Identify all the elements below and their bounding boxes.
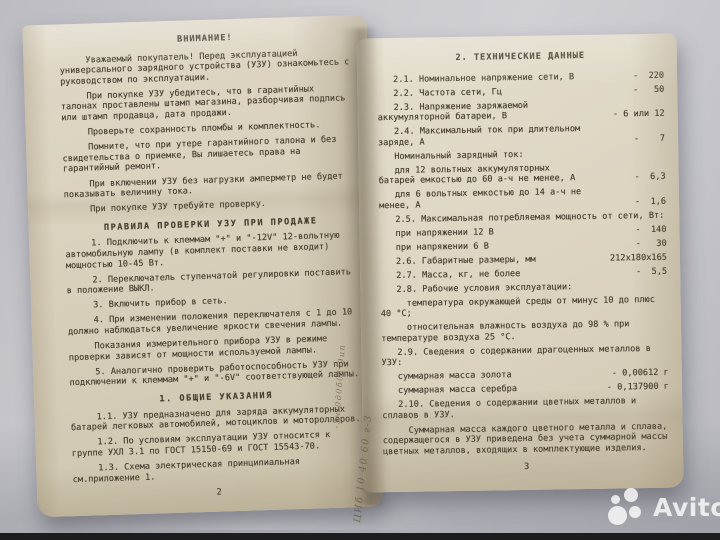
spec-label: для 12 вольтных аккумуляторных батарей е… bbox=[378, 162, 585, 186]
spec-value: - 7 bbox=[585, 133, 665, 145]
spec-label: при напряжении 6 В bbox=[380, 239, 587, 253]
document-photo: ВНИМАНИЕ! Уважаемый покупатель! Перед эк… bbox=[0, 0, 720, 540]
technical-data-heading: 2. ТЕХНИЧЕСКИЕ ДАННЫЕ bbox=[377, 50, 664, 65]
right-page-content: 2. ТЕХНИЧЕСКИЕ ДАННЫЕ 2.1. Номинальное н… bbox=[377, 50, 671, 475]
left-page-content: ВНИМАНИЕ! Уважаемый покупатель! Перед эк… bbox=[59, 27, 366, 503]
spec-subheading: 2.9. Сведения о содержании драгоценных м… bbox=[381, 343, 668, 369]
spec-label: 2.2. Частота сети, Гц bbox=[377, 85, 584, 99]
paragraph: Помните, что при утере гарантийного тало… bbox=[62, 134, 355, 175]
page-number-left: 2 bbox=[73, 483, 365, 503]
spec-value: - 6,3 bbox=[586, 172, 666, 184]
attention-heading: ВНИМАНИЕ! bbox=[59, 29, 351, 49]
spec-row: 2.6. Габаритные размеры, мм212x180x165 bbox=[380, 252, 667, 267]
spec-value: - 0,00612 г bbox=[589, 368, 669, 380]
spec-row: суммарная масса золота- 0,00612 г bbox=[382, 368, 669, 383]
footer-paragraph: Суммарная масса каждого цветного металла… bbox=[383, 421, 670, 457]
spec-label: суммарная масса золота bbox=[382, 369, 589, 383]
spec-subheading: 2.5. Максимальная потребляемая мощность … bbox=[379, 210, 666, 225]
spec-value: - 5,5 bbox=[587, 266, 667, 278]
spec-subheading: 2.10. Сведения о содержании цветных мета… bbox=[382, 396, 669, 422]
spec-value: - 220 bbox=[584, 70, 664, 82]
manual-left-page: ВНИМАНИЕ! Уважаемый покупатель! Перед эк… bbox=[22, 15, 381, 518]
spec-subheading: 2.8. Рабочие условия эксплуатации: bbox=[380, 280, 667, 295]
avito-logo-icon bbox=[608, 487, 646, 527]
spec-condition: температура окружающей среды от минус 10… bbox=[381, 294, 668, 320]
paragraph: Показания измерительного прибора УЗУ в р… bbox=[68, 333, 361, 363]
paragraph: 2. Переключатель ступенчатой регулировки… bbox=[66, 267, 359, 297]
spec-row: 2.7. Масса, кг, не более- 5,5 bbox=[380, 266, 667, 281]
spec-label: 2.4. Максимальный ток при длительном зар… bbox=[378, 124, 585, 148]
spec-row: суммарная масса серебра- 0,137900 г bbox=[382, 382, 669, 397]
spec-value: - 30 bbox=[587, 238, 667, 250]
page-number-right: 3 bbox=[383, 460, 670, 475]
paragraph: 1.2. По условиям эксплуатации УЗУ относи… bbox=[71, 429, 364, 459]
spec-label: при напряжении 12 В bbox=[379, 225, 586, 239]
spec-row: 2.2. Частота сети, Гц- 50 bbox=[377, 84, 664, 99]
spec-value: - 140 bbox=[586, 224, 666, 236]
spec-label: 2.7. Масса, кг, не более bbox=[380, 267, 587, 281]
paragraph: Уважаемый покупатель! Перед эксплуатацие… bbox=[59, 47, 352, 88]
spec-label: для 6 вольтных емкостью до 14 а-ч не мен… bbox=[379, 187, 586, 211]
avito-watermark-text: Avito bbox=[653, 493, 720, 522]
spec-condition: относительная влажность воздуха до 98 % … bbox=[381, 319, 668, 345]
paragraph: 5. Аналогично проверить работоспособност… bbox=[69, 359, 362, 389]
photo-bottom-edge bbox=[0, 533, 720, 540]
spec-row: при напряжении 12 В- 140 bbox=[379, 224, 666, 239]
spec-row: 2.1. Номинальное напряжение сети, В- 220 bbox=[377, 70, 664, 85]
spec-label: суммарная масса серебра bbox=[382, 383, 589, 397]
spec-value: 212x180x165 bbox=[587, 252, 667, 264]
spec-label: 2.6. Габаритные размеры, мм bbox=[380, 253, 587, 267]
manual-right-page: 2. ТЕХНИЧЕСКИЕ ДАННЫЕ 2.1. Номинальное н… bbox=[356, 34, 683, 493]
spec-row: 2.4. Максимальный ток при длительном зар… bbox=[378, 123, 665, 149]
spec-row: при напряжении 6 В- 30 bbox=[380, 238, 667, 253]
spec-value: - 0,137900 г bbox=[589, 382, 669, 394]
paragraph: При включении УЗУ без нагрузки амперметр… bbox=[63, 171, 356, 201]
spec-label: 2.3. Напряжение заряжаемой аккумуляторно… bbox=[377, 99, 584, 123]
spec-label: 2.1. Номинальное напряжение сети, В bbox=[377, 71, 584, 85]
spec-row: для 12 вольтных аккумуляторных батарей е… bbox=[378, 161, 665, 187]
paragraph: При покупке УЗУ убедитесь, что в гаранти… bbox=[60, 83, 353, 124]
paragraph: 4. При изменении положения переключателя… bbox=[68, 308, 361, 338]
paragraph: 1. Подключить к клеммам "+" и "-12V" 12-… bbox=[65, 231, 358, 272]
spec-value: - 6 или 12 bbox=[585, 109, 665, 121]
spec-value: - 50 bbox=[584, 84, 664, 96]
spec-subheading: Номинальный зарядный ток: bbox=[378, 147, 665, 162]
spec-row: для 6 вольтных емкостью до 14 а-ч не мен… bbox=[379, 186, 666, 212]
avito-watermark: Avito bbox=[608, 487, 720, 527]
paragraph: 1.3. Схема электрическая принципиальная … bbox=[72, 455, 365, 485]
spec-value: - 1,6 bbox=[586, 196, 666, 208]
spec-row: 2.3. Напряжение заряжаемой аккумуляторно… bbox=[377, 98, 664, 124]
